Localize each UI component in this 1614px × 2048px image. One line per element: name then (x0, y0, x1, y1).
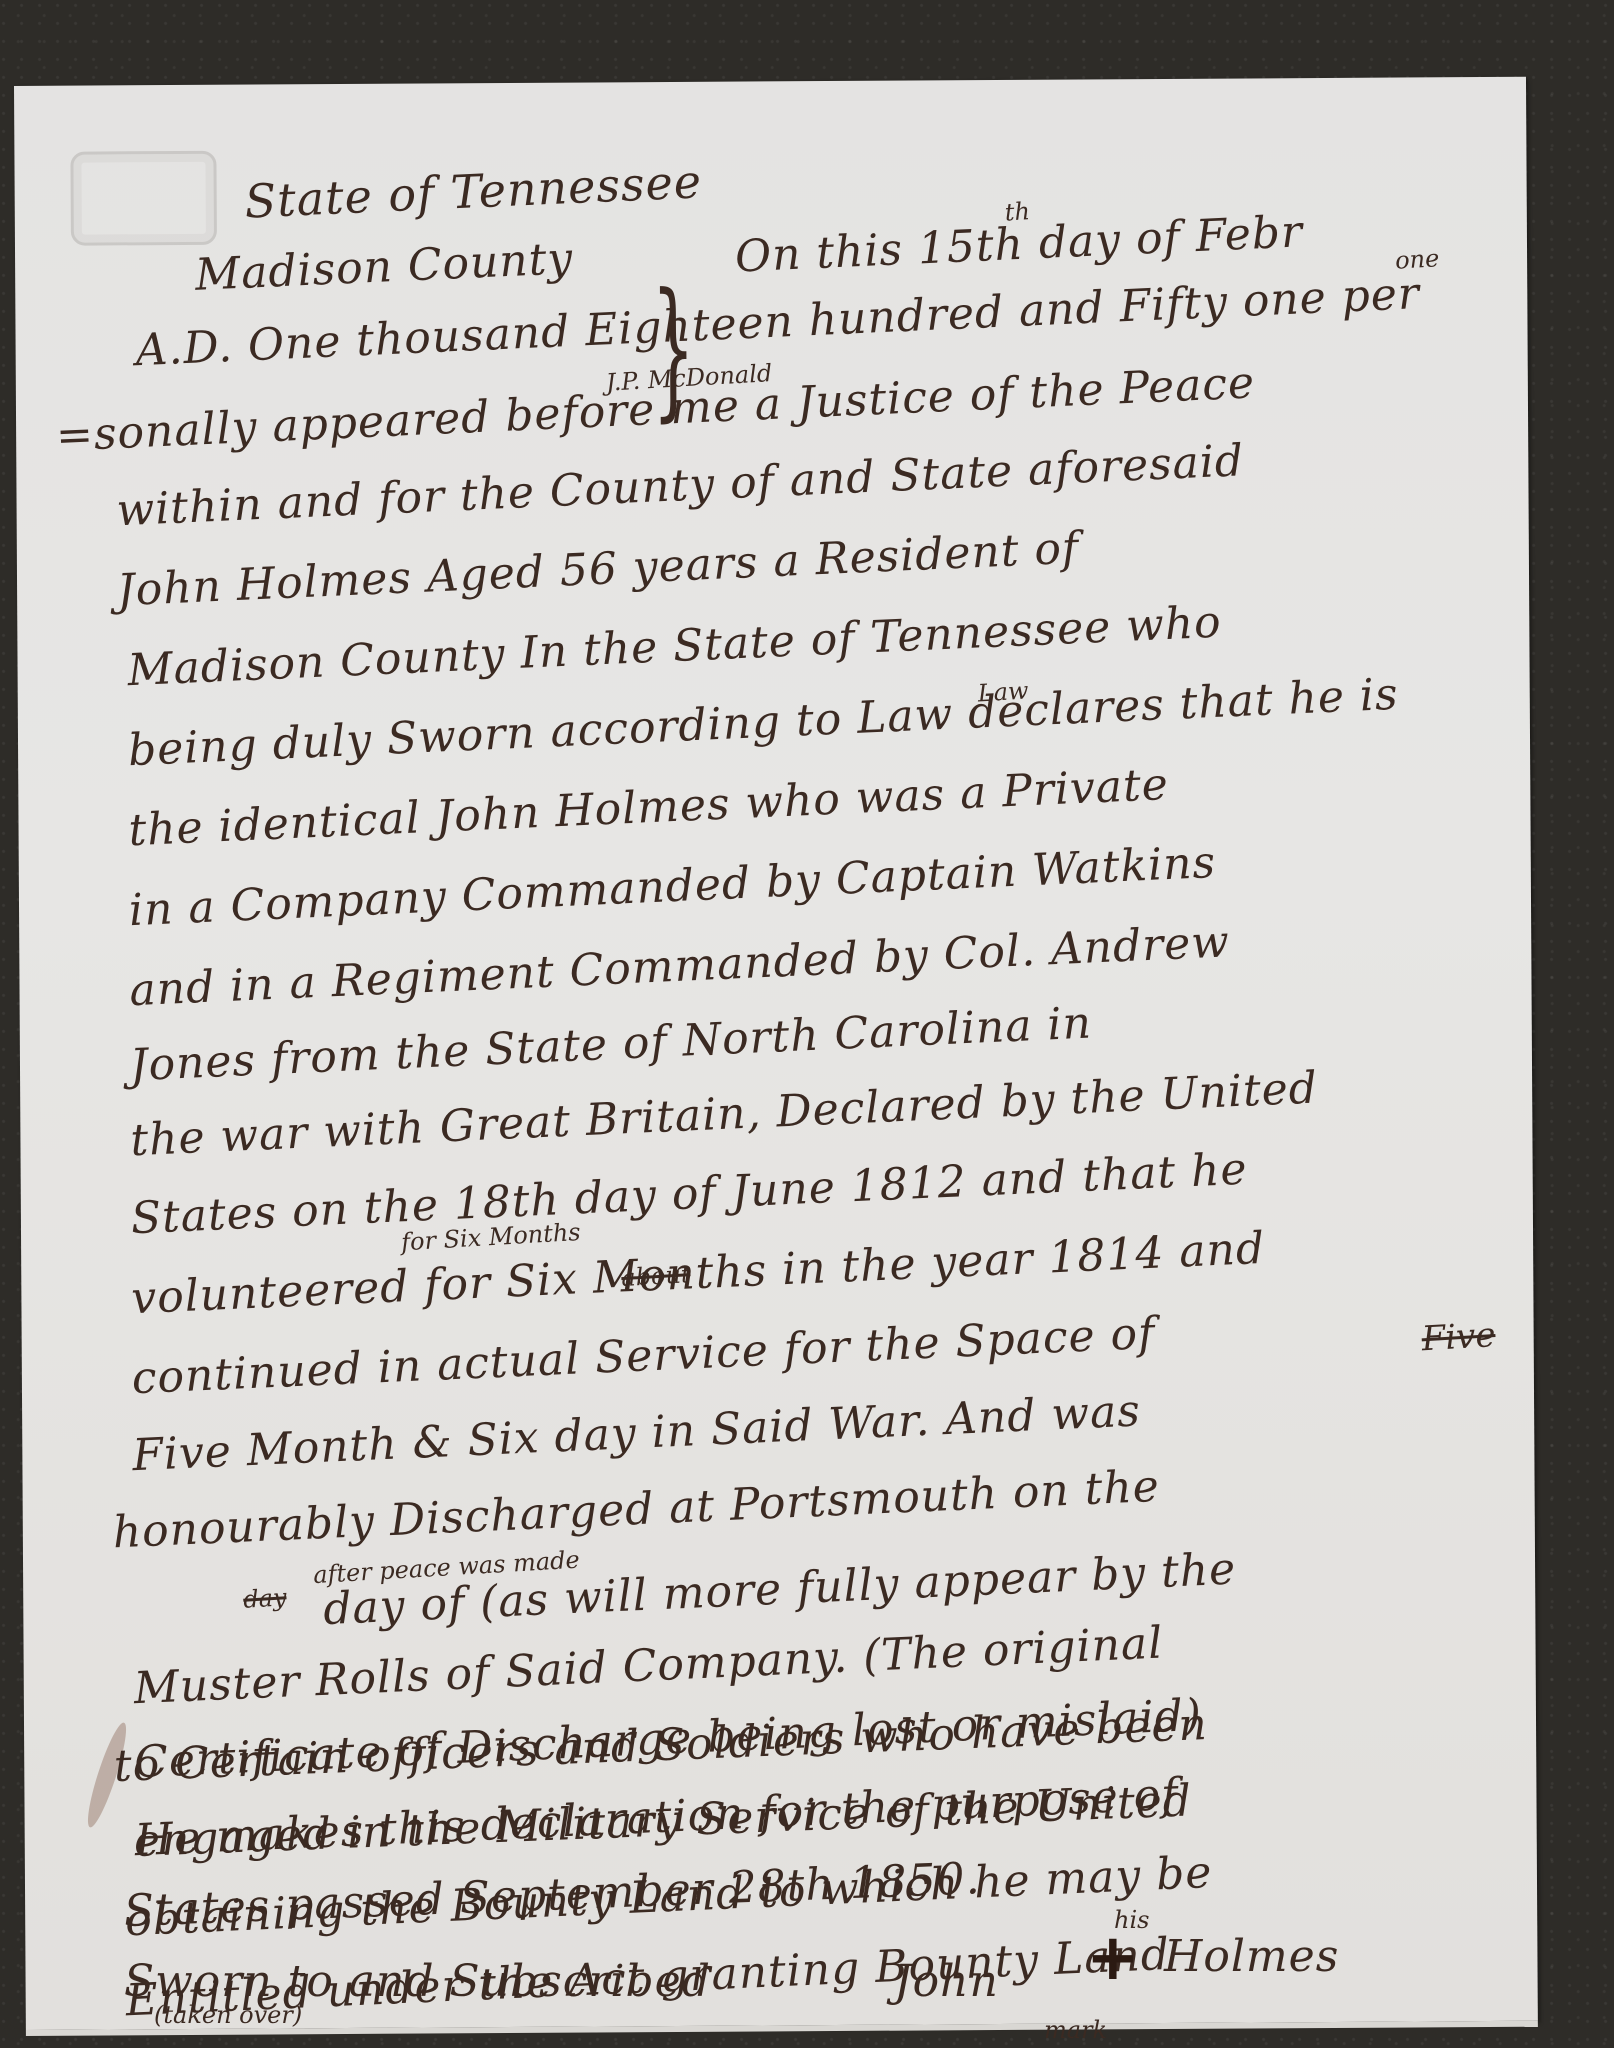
doc-line-17: honourably Discharged at Portsmouth on t… (112, 1461, 1161, 1559)
document-page-lower (14, 1700, 1526, 2030)
doc-line-6: Madison County In the State of Tennessee… (126, 597, 1222, 697)
struck-five: Five (1421, 1315, 1497, 1359)
ink-smudge (81, 1720, 132, 1830)
doc-line-16: Five Month & Six day in Said War. And wa… (131, 1385, 1142, 1481)
header-county: Madison County (194, 233, 574, 301)
doc-line-11: Jones from the State of North Carolina i… (129, 998, 1093, 1092)
header-state: State of Tennessee (244, 154, 704, 228)
doc-line-15: continued in actual Service for the Spac… (131, 1308, 1157, 1405)
doc-line-9: in a Company Commanded by Captain Watkin… (128, 837, 1217, 936)
doc-line-14: volunteered for Six Months in the year 1… (130, 1223, 1266, 1324)
doc-line-5: John Holmes Aged 56 years a Resident of (116, 523, 1080, 617)
embossed-seal-icon (70, 151, 217, 246)
doc-line-8: the identical John Holmes who was a Priv… (127, 759, 1169, 856)
struck-day: day (242, 1583, 287, 1613)
